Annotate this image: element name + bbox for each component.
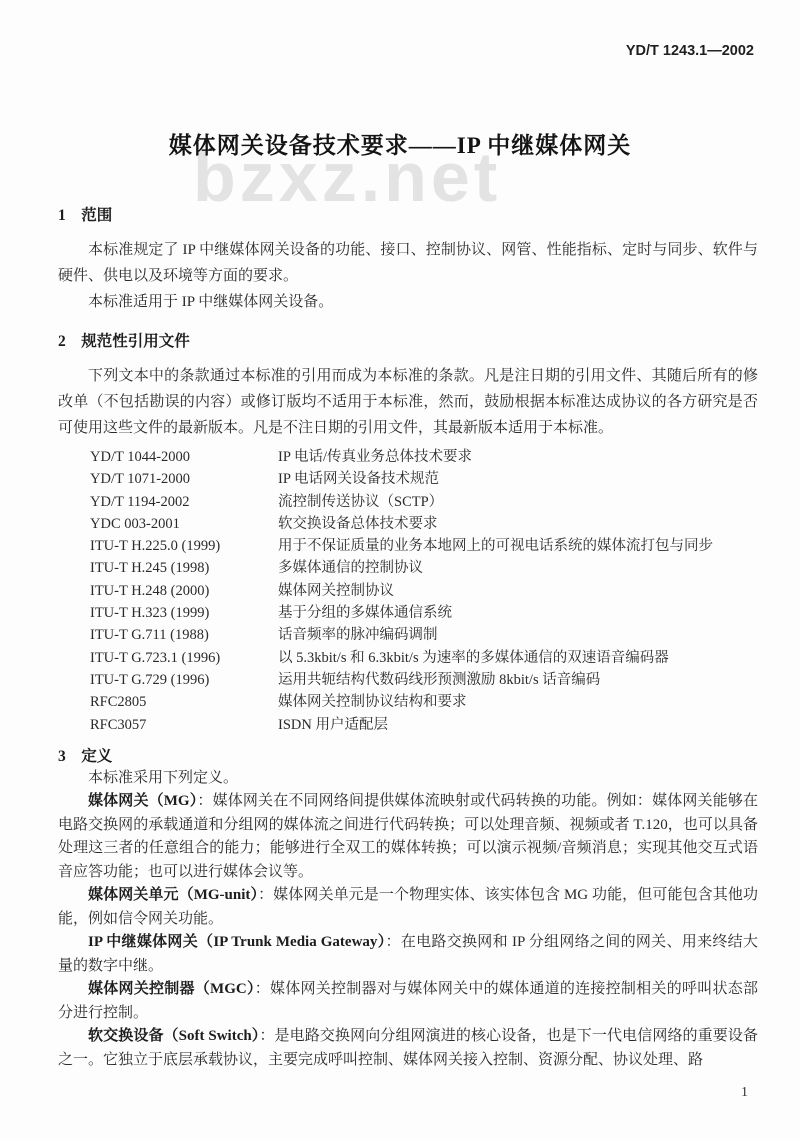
reference-code: RFC2805 bbox=[90, 691, 278, 713]
reference-row: RFC3057 ISDN 用户适配层 bbox=[90, 714, 758, 736]
reference-title: IP 电话/传真业务总体技术要求 bbox=[278, 446, 758, 468]
reference-title: 话音频率的脉冲编码调制 bbox=[278, 624, 758, 646]
reference-code: YD/T 1044-2000 bbox=[90, 446, 278, 468]
reference-code: RFC3057 bbox=[90, 714, 278, 736]
reference-code: ITU-T G.723.1 (1996) bbox=[90, 647, 278, 669]
section-heading-definitions: 3 定义 bbox=[58, 747, 758, 767]
reference-title: 运用共轭结构代数码线形预测激励 8kbit/s 话音编码 bbox=[278, 669, 758, 691]
reference-code: YD/T 1194-2002 bbox=[90, 491, 278, 513]
term-paragraph: 媒体网关控制器（MGC）：媒体网关控制器对与媒体网关中的媒体通道的连接控制相关的… bbox=[58, 978, 758, 1025]
reference-row: YD/T 1044-2000 IP 电话/传真业务总体技术要求 bbox=[90, 446, 758, 468]
reference-code: ITU-T G.711 (1988) bbox=[90, 624, 278, 646]
reference-title: 多媒体通信的控制协议 bbox=[278, 557, 758, 579]
scope-paragraph: 本标准适用于 IP 中继媒体网关设备。 bbox=[58, 289, 758, 315]
reference-title: 基于分组的多媒体通信系统 bbox=[278, 602, 758, 624]
reference-row: ITU-T G.729 (1996) 运用共轭结构代数码线形预测激励 8kbit… bbox=[90, 669, 758, 691]
reference-code: ITU-T G.729 (1996) bbox=[90, 669, 278, 691]
reference-row: ITU-T G.711 (1988) 话音频率的脉冲编码调制 bbox=[90, 624, 758, 646]
references-intro: 下列文本中的条款通过本标准的引用而成为本标准的条款。凡是注日期的引用文件、其随后… bbox=[58, 363, 758, 441]
page-title: 媒体网关设备技术要求——IP 中继媒体网关 bbox=[0, 127, 800, 160]
reference-row: ITU-T H.323 (1999) 基于分组的多媒体通信系统 bbox=[90, 602, 758, 624]
reference-title: 媒体网关控制协议 bbox=[278, 580, 758, 602]
term-paragraph: 媒体网关（MG）：媒体网关在不同网络间提供媒体流映射或代码转换的功能。例如：媒体… bbox=[58, 790, 758, 884]
reference-title: 软交换设备总体技术要求 bbox=[278, 513, 758, 535]
reference-code: ITU-T H.323 (1999) bbox=[90, 602, 278, 624]
reference-title: 用于不保证质量的业务本地网上的可视电话系统的媒体流打包与同步 bbox=[278, 535, 758, 557]
definitions-intro: 本标准采用下列定义。 bbox=[58, 767, 758, 791]
reference-title: 流控制传送协议（SCTP） bbox=[278, 491, 758, 513]
reference-list: YD/T 1044-2000 IP 电话/传真业务总体技术要求 YD/T 107… bbox=[90, 446, 758, 736]
reference-row: ITU-T H.225.0 (1999) 用于不保证质量的业务本地网上的可视电话… bbox=[90, 535, 758, 557]
reference-title: IP 电话网关设备技术规范 bbox=[278, 468, 758, 490]
document-page: YD/T 1243.1—2002 媒体网关设备技术要求——IP 中继媒体网关 b… bbox=[0, 0, 800, 1139]
reference-row: ITU-T H.248 (2000) 媒体网关控制协议 bbox=[90, 580, 758, 602]
reference-title: 以 5.3kbit/s 和 6.3kbit/s 为速率的多媒体通信的双速语音编码… bbox=[278, 647, 758, 669]
reference-code: ITU-T H.245 (1998) bbox=[90, 557, 278, 579]
term-paragraph: 软交换设备（Soft Switch）：是电路交换网向分组网演进的核心设备，也是下… bbox=[58, 1025, 758, 1072]
page-number: 1 bbox=[741, 1085, 748, 1101]
section-heading-scope: 1 范围 bbox=[58, 206, 758, 226]
term-name: IP 中继媒体网关（IP Trunk Media Gateway） bbox=[88, 934, 386, 950]
term-name: 媒体网关单元（MG-unit） bbox=[88, 887, 258, 903]
term-paragraph: IP 中继媒体网关（IP Trunk Media Gateway）：在电路交换网… bbox=[58, 931, 758, 978]
reference-row: YD/T 1071-2000 IP 电话网关设备技术规范 bbox=[90, 468, 758, 490]
term-name: 媒体网关控制器（MGC） bbox=[88, 981, 255, 997]
section-heading-references: 2 规范性引用文件 bbox=[58, 332, 758, 352]
document-body: 1 范围 本标准规定了 IP 中继媒体网关设备的功能、接口、控制协议、网管、性能… bbox=[58, 206, 758, 1072]
scope-paragraph: 本标准规定了 IP 中继媒体网关设备的功能、接口、控制协议、网管、性能指标、定时… bbox=[58, 237, 758, 289]
reference-row: ITU-T G.723.1 (1996) 以 5.3kbit/s 和 6.3kb… bbox=[90, 647, 758, 669]
doc-number: YD/T 1243.1—2002 bbox=[626, 43, 754, 59]
reference-title: ISDN 用户适配层 bbox=[278, 714, 758, 736]
term-paragraph: 媒体网关单元（MG-unit）：媒体网关单元是一个物理实体、该实体包含 MG 功… bbox=[58, 884, 758, 931]
reference-code: ITU-T H.225.0 (1999) bbox=[90, 535, 278, 557]
term-name: 媒体网关（MG） bbox=[88, 793, 197, 809]
reference-title: 媒体网关控制协议结构和要求 bbox=[278, 691, 758, 713]
reference-row: RFC2805 媒体网关控制协议结构和要求 bbox=[90, 691, 758, 713]
reference-row: ITU-T H.245 (1998) 多媒体通信的控制协议 bbox=[90, 557, 758, 579]
term-name: 软交换设备（Soft Switch） bbox=[88, 1028, 259, 1044]
reference-row: YDC 003-2001 软交换设备总体技术要求 bbox=[90, 513, 758, 535]
reference-code: ITU-T H.248 (2000) bbox=[90, 580, 278, 602]
reference-code: YD/T 1071-2000 bbox=[90, 468, 278, 490]
reference-code: YDC 003-2001 bbox=[90, 513, 278, 535]
reference-row: YD/T 1194-2002 流控制传送协议（SCTP） bbox=[90, 491, 758, 513]
